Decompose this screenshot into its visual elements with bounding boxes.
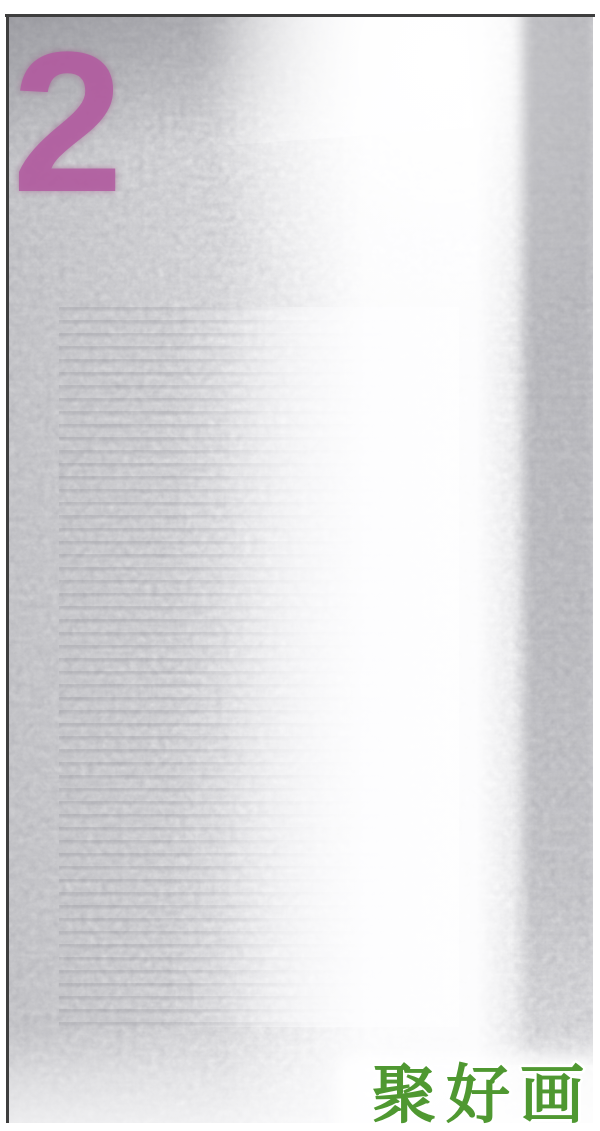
pencil-sketch-step-image: 2 聚好画 — [0, 0, 600, 1131]
step-number-label: 2 — [12, 23, 123, 223]
watermark-text: 聚好画 — [372, 1063, 594, 1127]
right-dark-band — [523, 17, 593, 1123]
